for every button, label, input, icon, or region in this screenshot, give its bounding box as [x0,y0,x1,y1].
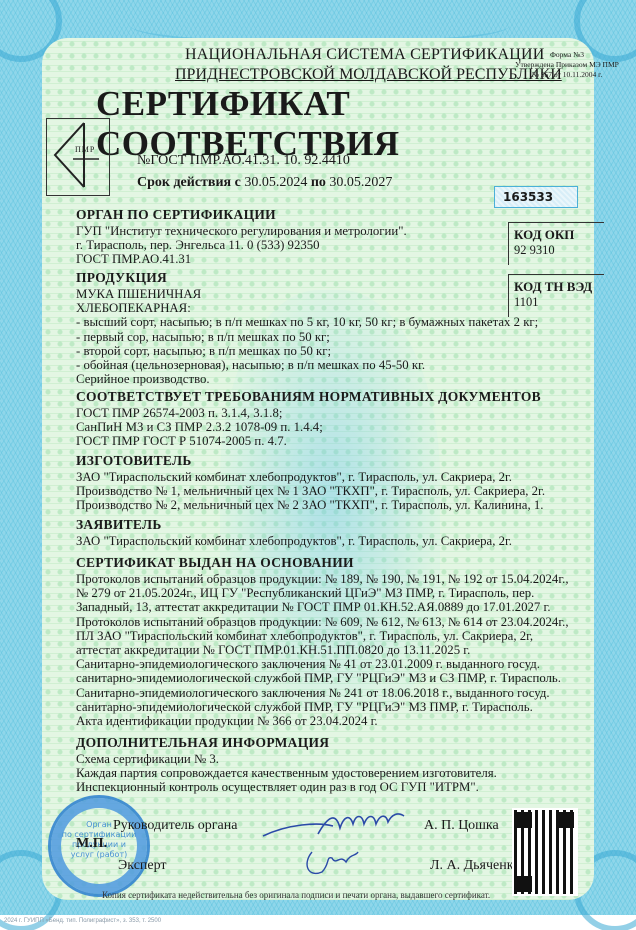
conformity-line: ГОСТ ПМР 26574-2003 п. 3.1.4, 3.1.8; [76,406,323,420]
basis-line: Санитарно-эпидемиологического заключения… [76,657,569,671]
form-number: Форма №3 [512,50,622,60]
basis-details: Протоколов испытаний образцов продукции:… [76,572,569,728]
additional-details: Схема сертификации № 3. Каждая партия со… [76,752,497,795]
section-title-conformity: СООТВЕТСТВУЕТ ТРЕБОВАНИЯМ НОРМАТИВНЫХ ДО… [76,389,541,405]
section-title-basis: СЕРТИФИКАТ ВЫДАН НА ОСНОВАНИИ [76,555,354,571]
republic-title: ПРИДНЕСТРОВСКОЙ МОЛДАВСКОЙ РЕСПУБЛИКИ [175,66,562,84]
head-name: А. П. Цошка [424,818,499,834]
form-order: № 557 от 10.11.2004 г. [512,70,622,80]
product-line: - второй сорт, насыпью; в п/п мешках по … [76,344,538,358]
product-line: - обойная (цельнозерновая), насыпью; в п… [76,358,538,372]
basis-line: Акта идентификации продукции № 366 от 23… [76,714,569,728]
expert-label: Эксперт [118,858,167,874]
basis-line: санитарно-эпидемиологической службой ПМР… [76,700,569,714]
qr-code[interactable] [512,808,578,896]
product-details: МУКА ПШЕНИЧНАЯ ХЛЕБОПЕКАРНАЯ: - высший с… [76,287,538,386]
validity-from-label: Срок действия с [137,175,241,190]
expert-name: Л. А. Дьяченко [430,858,520,874]
product-line: - первый сор, насыпью; в п/п мешках по 5… [76,330,538,344]
stamp-place-label: М.П. [76,836,107,852]
expert-signature-icon [300,844,360,885]
additional-line: Инспекционный контроль осуществляет один… [76,780,497,794]
basis-line: ПЛ ЗАО "Тираспольский комбинат хлебопрод… [76,629,569,643]
head-label: Руководитель органа [113,818,237,834]
additional-line: Каждая партия сопровождается качественны… [76,766,497,780]
okp-value: 92 9310 [514,243,604,258]
section-title-product: ПРОДУКЦИЯ [76,270,167,286]
section-title-organ: ОРГАН ПО СЕРТИФИКАЦИИ [76,207,276,223]
copy-validity-notice: Копия сертификата недействительна без ор… [102,890,490,900]
form-info: Форма №3 Утверждена Приказом МЭ ПМР № 55… [512,50,622,80]
serial-number: 163533 [494,186,578,208]
basis-line: Санитарно-эпидемиологического заключения… [76,686,569,700]
manufacturer-line: Производство № 1, мельничный цех № 1 ЗАО… [76,484,545,498]
conformity-line: ГОСТ ПМР ГОСТ Р 51074-2005 п. 4.7. [76,434,323,448]
basis-line: санитарно-эпидемиологической службой ПМР… [76,671,569,685]
manufacturer-line: ЗАО "Тираспольский комбинат хлебопродукт… [76,470,545,484]
organ-details: ГУП "Институт технического регулирования… [76,224,407,267]
basis-line: № 279 от 21.05.2024г., ИЦ ГУ "Республика… [76,586,569,600]
product-line: Серийное производство. [76,372,538,386]
basis-line: аттестат аккредитации № ГОСТ ПМР.01.КН.5… [76,643,569,657]
basis-line: Протоколов испытаний образцов продукции:… [76,615,569,629]
system-title: НАЦИОНАЛЬНАЯ СИСТЕМА СЕРТИФИКАЦИИ [185,46,544,64]
valid-from-date: 30.05.2024 [244,175,307,190]
applicant-line: ЗАО "Тираспольский комбинат хлебопродукт… [76,534,512,548]
manufacturer-line: Производство № 2, мельничный цех № 2 ЗАО… [76,498,545,512]
okp-code-box: КОД ОКП 92 9310 [508,222,604,265]
certificate-number: №ГОСТ ПМР.АО.41.31. 10. 92.4410 [137,153,350,169]
validity-period: Срок действия с 30.05.2024 по 30.05.2027 [137,175,392,191]
applicant-details: ЗАО "Тираспольский комбинат хлебопродукт… [76,534,512,548]
section-title-applicant: ЗАЯВИТЕЛЬ [76,517,162,533]
conformity-line: СанПиН МЗ и СЗ ПМР 2.3.2 1078-09 п. 1.4.… [76,420,323,434]
validity-to-label: по [311,175,326,190]
conformity-details: ГОСТ ПМР 26574-2003 п. 3.1.4, 3.1.8; Сан… [76,406,323,449]
organ-line: г. Тирасполь, пер. Энгельса 11. 0 (533) … [76,238,407,252]
logo-text: ПМР [75,145,95,154]
pmr-logo-icon: ПМР [46,118,110,196]
valid-to-date: 30.05.2027 [329,175,392,190]
okp-label: КОД ОКП [514,227,604,243]
additional-line: Схема сертификации № 3. [76,752,497,766]
printer-info: 2024 г. ГУИПП «Бенд. тип. Полиграфист», … [4,918,161,924]
product-line: МУКА ПШЕНИЧНАЯ [76,287,538,301]
form-approval: Утверждена Приказом МЭ ПМР [512,60,622,70]
organ-line: ГОСТ ПМР.АО.41.31 [76,252,407,266]
organ-line: ГУП "Институт технического регулирования… [76,224,407,238]
section-title-manufacturer: ИЗГОТОВИТЕЛЬ [76,453,192,469]
section-title-additional: ДОПОЛНИТЕЛЬНАЯ ИНФОРМАЦИЯ [76,735,329,751]
product-line: - высший сорт, насыпью; в п/п мешках по … [76,315,538,329]
manufacturer-details: ЗАО "Тираспольский комбинат хлебопродукт… [76,470,545,513]
basis-line: Протоколов испытаний образцов продукции:… [76,572,569,586]
document-title: СЕРТИФИКАТ СООТВЕТСТВИЯ [96,84,636,164]
product-line: ХЛЕБОПЕКАРНАЯ: [76,301,538,315]
basis-line: Западный, 13, аттестат аккредитации № ГО… [76,600,569,614]
